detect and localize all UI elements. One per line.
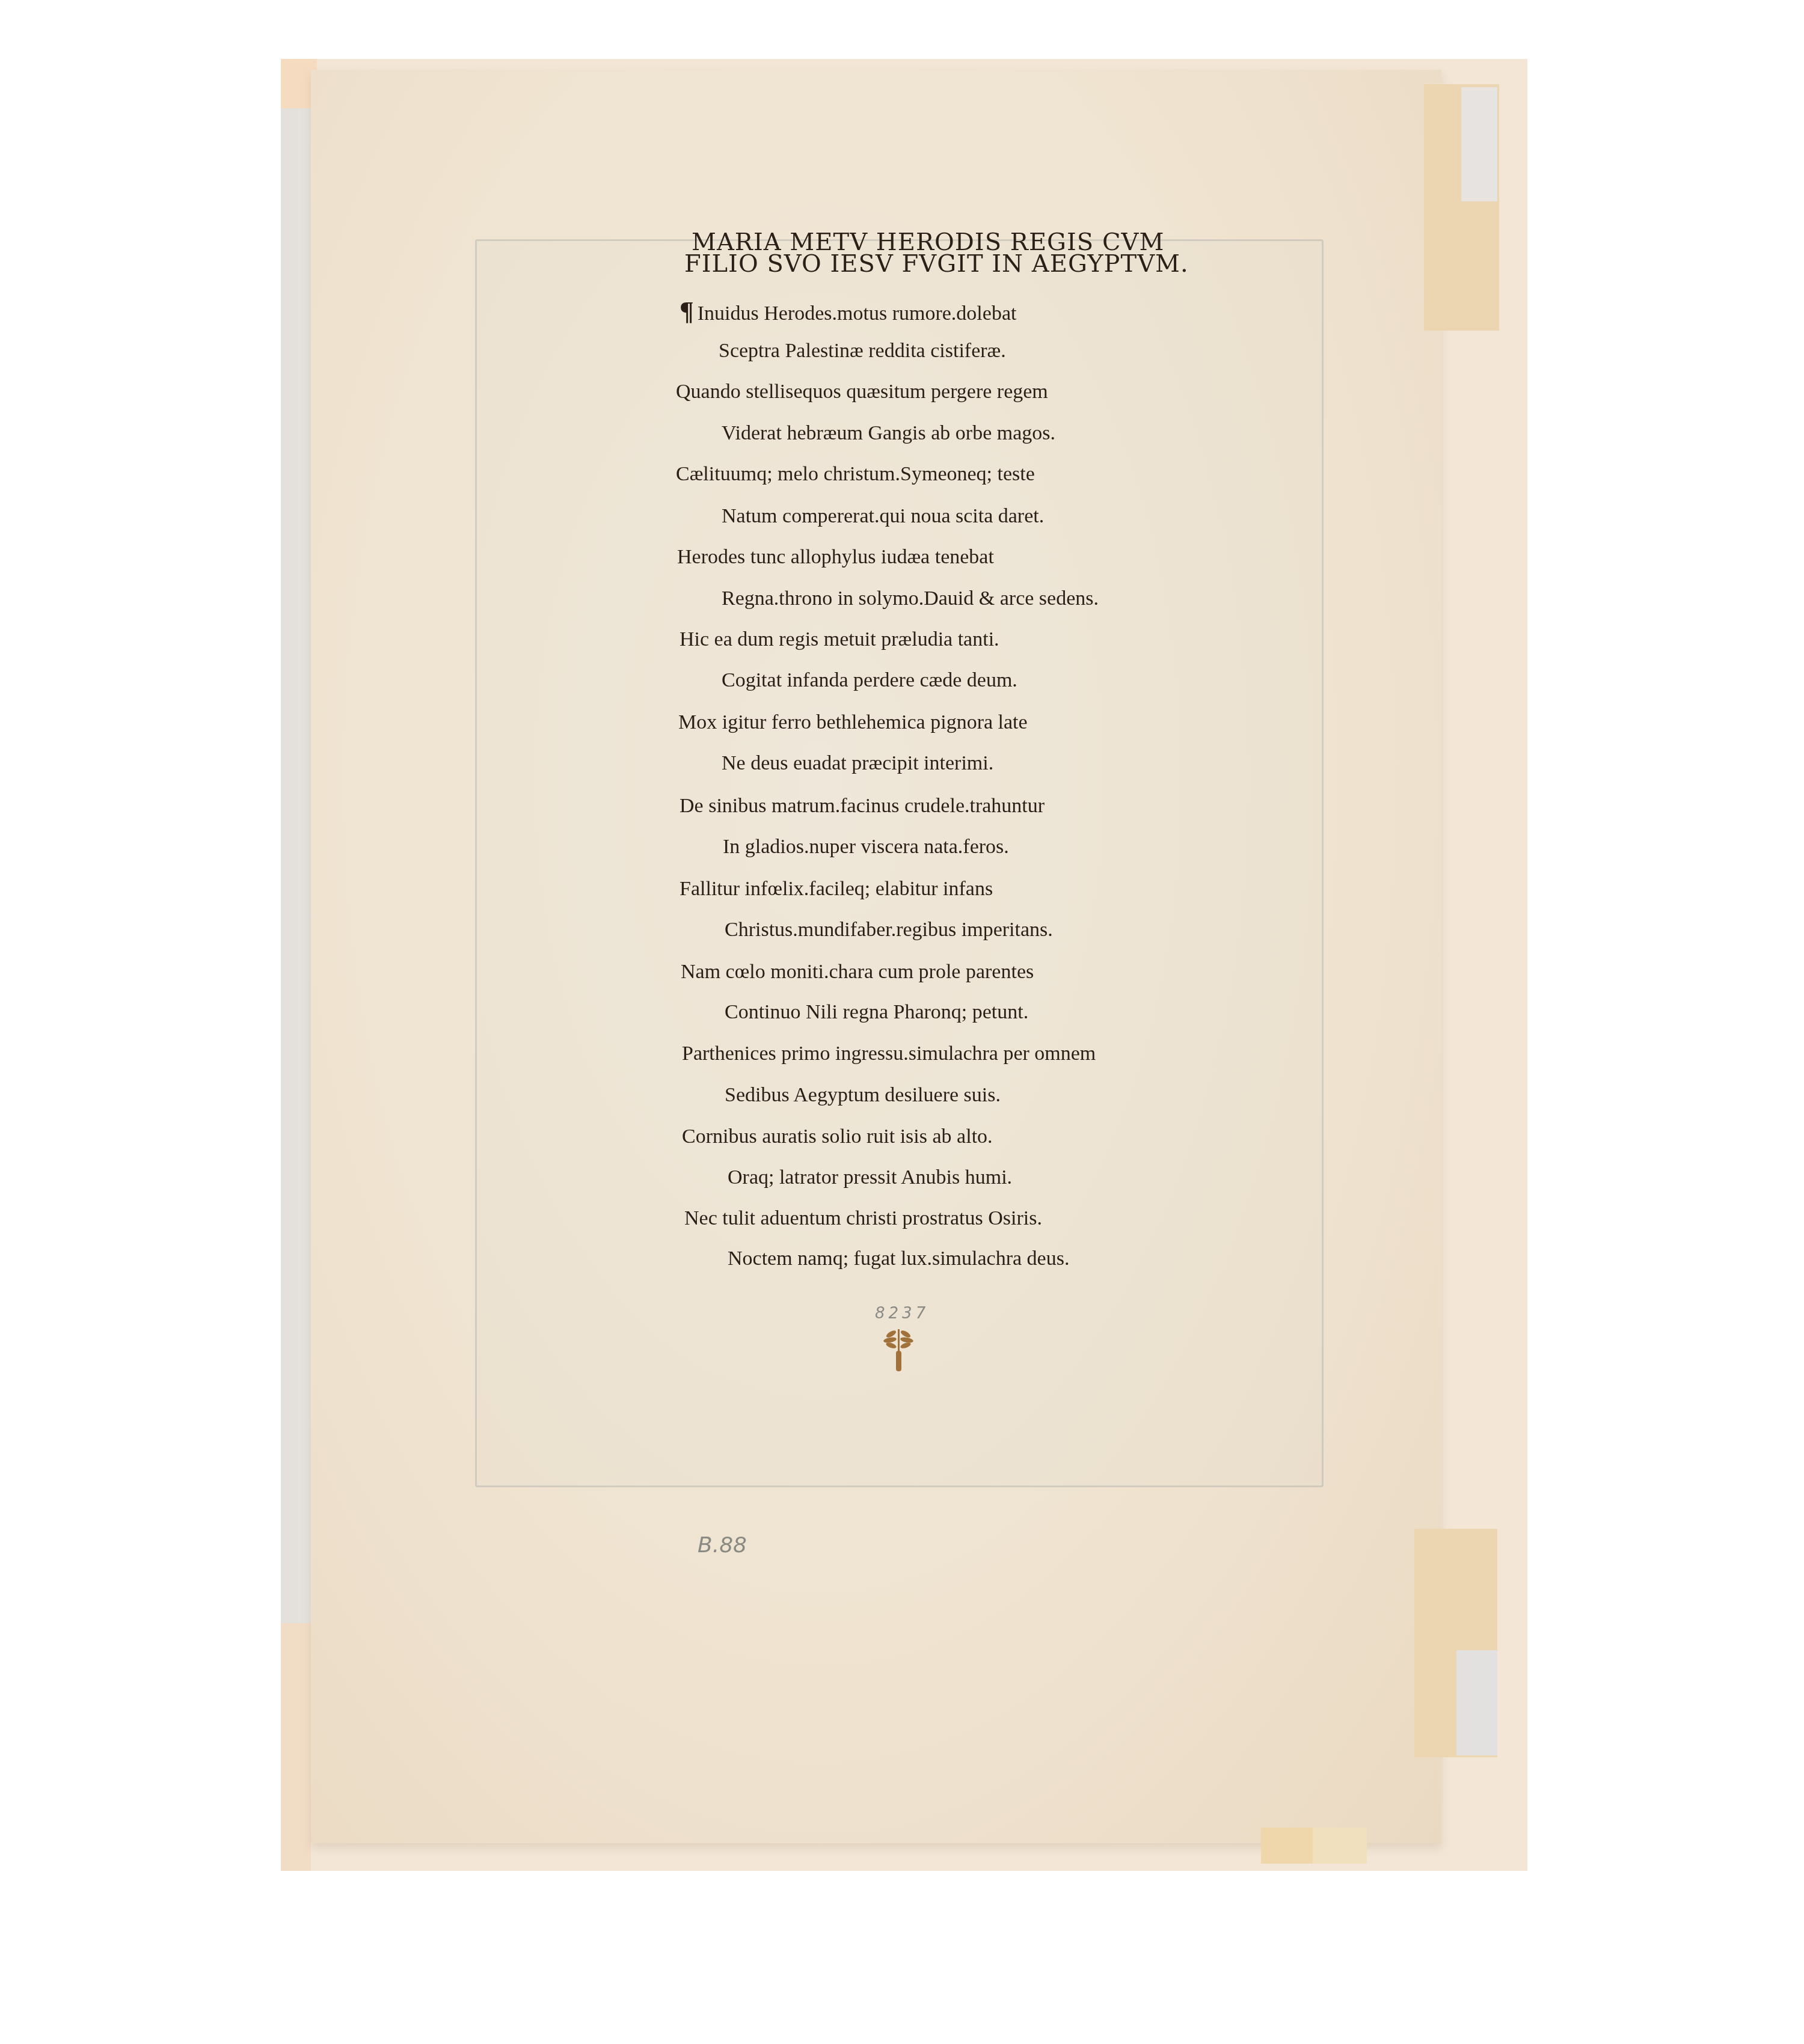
verse-line: In gladios.nuper viscera nata.feros. bbox=[723, 836, 1009, 858]
paragraph-mark-icon: ¶ bbox=[680, 296, 694, 326]
verse-line: Regna.throno in solymo.Dauid & arce sede… bbox=[722, 587, 1099, 610]
verse-line: Christus.mundifaber.regibus imperitans. bbox=[725, 919, 1053, 941]
verse-line: Quando stellisequos quæsitum pergere reg… bbox=[676, 381, 1048, 403]
verse-line: Viderat hebræum Gangis ab orbe magos. bbox=[722, 422, 1055, 445]
verse-line: Cornibus auratis solio ruit isis ab alto… bbox=[682, 1125, 993, 1148]
title-line-2: FILIO SVO IESV FVGIT IN AEGYPTVM. bbox=[684, 253, 1149, 275]
mount-left-strip bbox=[281, 108, 312, 1623]
verse-line: Noctem namq; fugat lux.simulachra deus. bbox=[728, 1247, 1069, 1270]
verse-line: Cælituumq; melo christum.Symeoneq; teste bbox=[676, 463, 1035, 486]
page-title: MARIA METV HERODIS REGIS CVM FILIO SVO I… bbox=[692, 231, 1149, 275]
verse-line: Herodes tunc allophylus iudæa tenebat bbox=[677, 546, 994, 569]
verse-line: Sceptra Palestinæ reddita cistiferæ. bbox=[719, 340, 1006, 363]
verse-line: Nam cœlo moniti.chara cum prole parentes bbox=[681, 961, 1034, 984]
mount-bottom-band bbox=[281, 1623, 311, 1871]
verse-line: Ne deus euadat præcipit interimi. bbox=[722, 752, 993, 775]
hinge-tape-top-white bbox=[1461, 87, 1497, 201]
verse-line: De sinibus matrum.facinus crudele.trahun… bbox=[680, 795, 1045, 818]
verse-line: Oraq; latrator pressit Anubis humi. bbox=[728, 1166, 1012, 1189]
verse-line: Nec tulit aduentum christi prostratus Os… bbox=[684, 1207, 1042, 1230]
verse-line: Hic ea dum regis metuit præludia tanti. bbox=[680, 628, 999, 651]
verse-line: Continuo Nili regna Pharonq; petunt. bbox=[725, 1001, 1028, 1024]
verse-line: Natum compererat.qui noua scita daret. bbox=[722, 505, 1044, 528]
edge-tape-2 bbox=[1313, 1828, 1367, 1864]
verse-line: Cogitat infanda perdere cæde deum. bbox=[722, 669, 1017, 692]
verse-line: ¶Inuidus Herodes.motus rumore.dolebat bbox=[680, 296, 1016, 326]
verse-line: Fallitur infœlix.facileq; elabitur infan… bbox=[680, 878, 993, 901]
pencil-reference-note: B.88 bbox=[698, 1533, 747, 1558]
verse-line: Parthenices primo ingressu.simulachra pe… bbox=[682, 1042, 1096, 1065]
hinge-tape-bottom-white bbox=[1456, 1650, 1497, 1755]
verse-line: Mox igitur ferro bethlehemica pignora la… bbox=[678, 711, 1028, 734]
pencil-inventory-number: 8237 bbox=[875, 1305, 929, 1323]
collector-stamp-icon bbox=[883, 1326, 914, 1374]
verse-line: Sedibus Aegyptum desiluere suis. bbox=[725, 1084, 1001, 1107]
